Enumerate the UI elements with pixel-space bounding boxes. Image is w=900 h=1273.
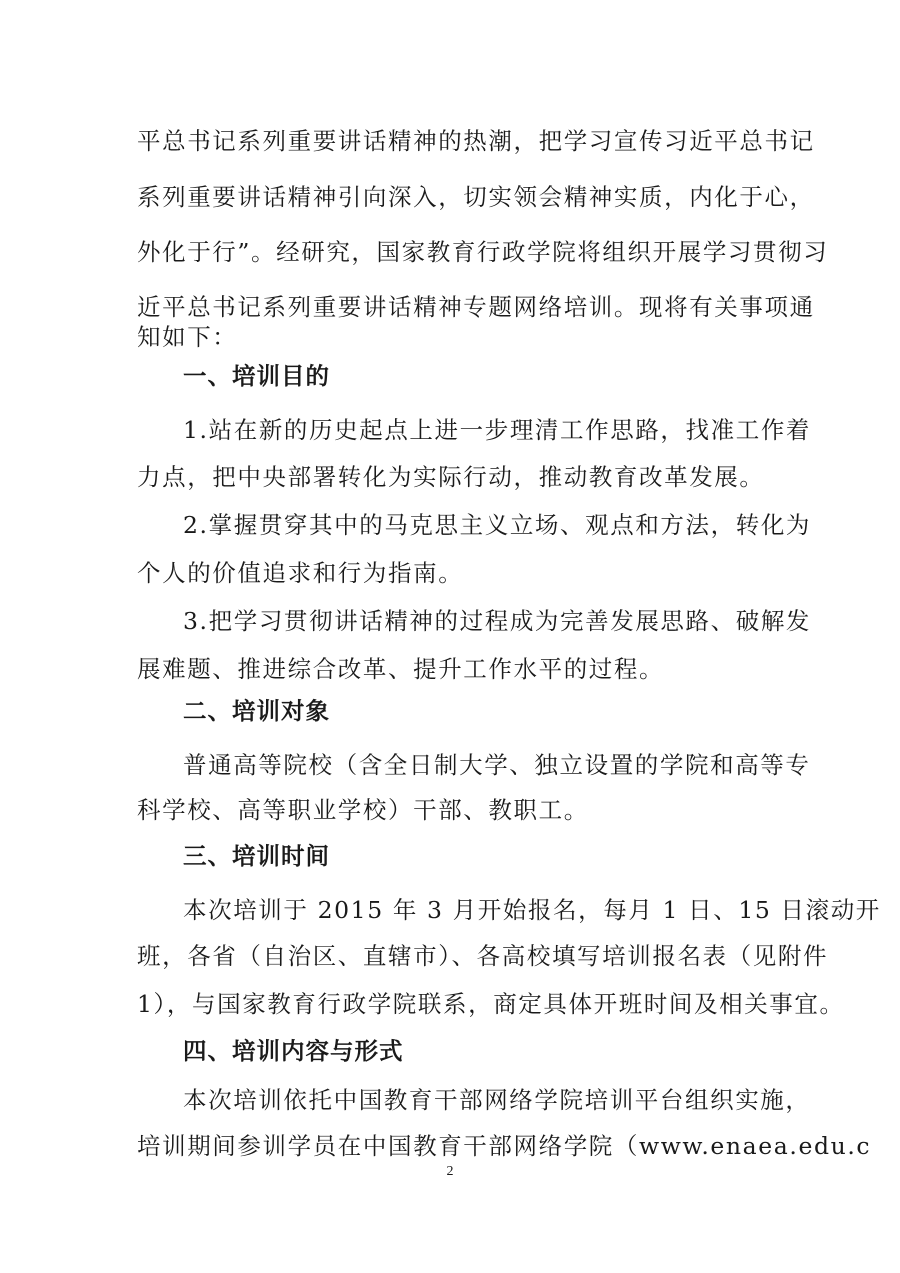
purpose-item-2-line-1: 2.掌握贯穿其中的马克思主义立场、观点和方法，转化为 <box>183 510 767 540</box>
intro-line-1: 平总书记系列重要讲话精神的热潮，把学习宣传习近平总书记 <box>137 126 767 156</box>
section-heading-audience: 二、培训对象 <box>183 696 767 726</box>
document-page: 平总书记系列重要讲话精神的热潮，把学习宣传习近平总书记 系列重要讲话精神引向深入… <box>0 0 900 1273</box>
audience-line-2: 科学校、高等职业学校）干部、教职工。 <box>137 795 767 825</box>
purpose-item-1-line-2: 力点，把中央部署转化为实际行动，推动教育改革发展。 <box>137 462 767 492</box>
purpose-item-2-line-2: 个人的价值追求和行为指南。 <box>137 558 767 588</box>
purpose-item-3-line-2: 展难题、推进综合改革、提升工作水平的过程。 <box>137 654 767 684</box>
intro-line-5: 知如下： <box>137 322 767 352</box>
intro-line-3: 外化于行”。经研究，国家教育行政学院将组织开展学习贯彻习 <box>137 237 767 267</box>
purpose-item-3-line-1: 3.把学习贯彻讲话精神的过程成为完善发展思路、破解发 <box>183 606 767 636</box>
intro-line-4: 近平总书记系列重要讲话精神专题网络培训。现将有关事项通 <box>137 292 767 322</box>
time-line-3: 1），与国家教育行政学院联系，商定具体开班时间及相关事宜。 <box>137 989 767 1019</box>
section-heading-purpose: 一、培训目的 <box>183 361 767 391</box>
time-line-2: 班，各省（自治区、直辖市）、各高校填写培训报名表（见附件 <box>137 941 767 971</box>
content-line-2: 培训期间参训学员在中国教育干部网络学院（www.enaea.edu.c <box>137 1131 767 1161</box>
purpose-item-1-line-1: 1.站在新的历史起点上进一步理清工作思路，找准工作着 <box>183 415 767 445</box>
intro-line-2: 系列重要讲话精神引向深入，切实领会精神实质，内化于心， <box>137 182 767 212</box>
time-line-1: 本次培训于 2015 年 3 月开始报名，每月 1 日、15 日滚动开 <box>183 895 767 925</box>
section-heading-time: 三、培训时间 <box>183 841 767 871</box>
page-number: 2 <box>0 1164 900 1180</box>
audience-line-1: 普通高等院校（含全日制大学、独立设置的学院和高等专 <box>183 750 767 780</box>
content-line-1: 本次培训依托中国教育干部网络学院培训平台组织实施， <box>183 1085 767 1115</box>
section-heading-content: 四、培训内容与形式 <box>183 1036 767 1066</box>
